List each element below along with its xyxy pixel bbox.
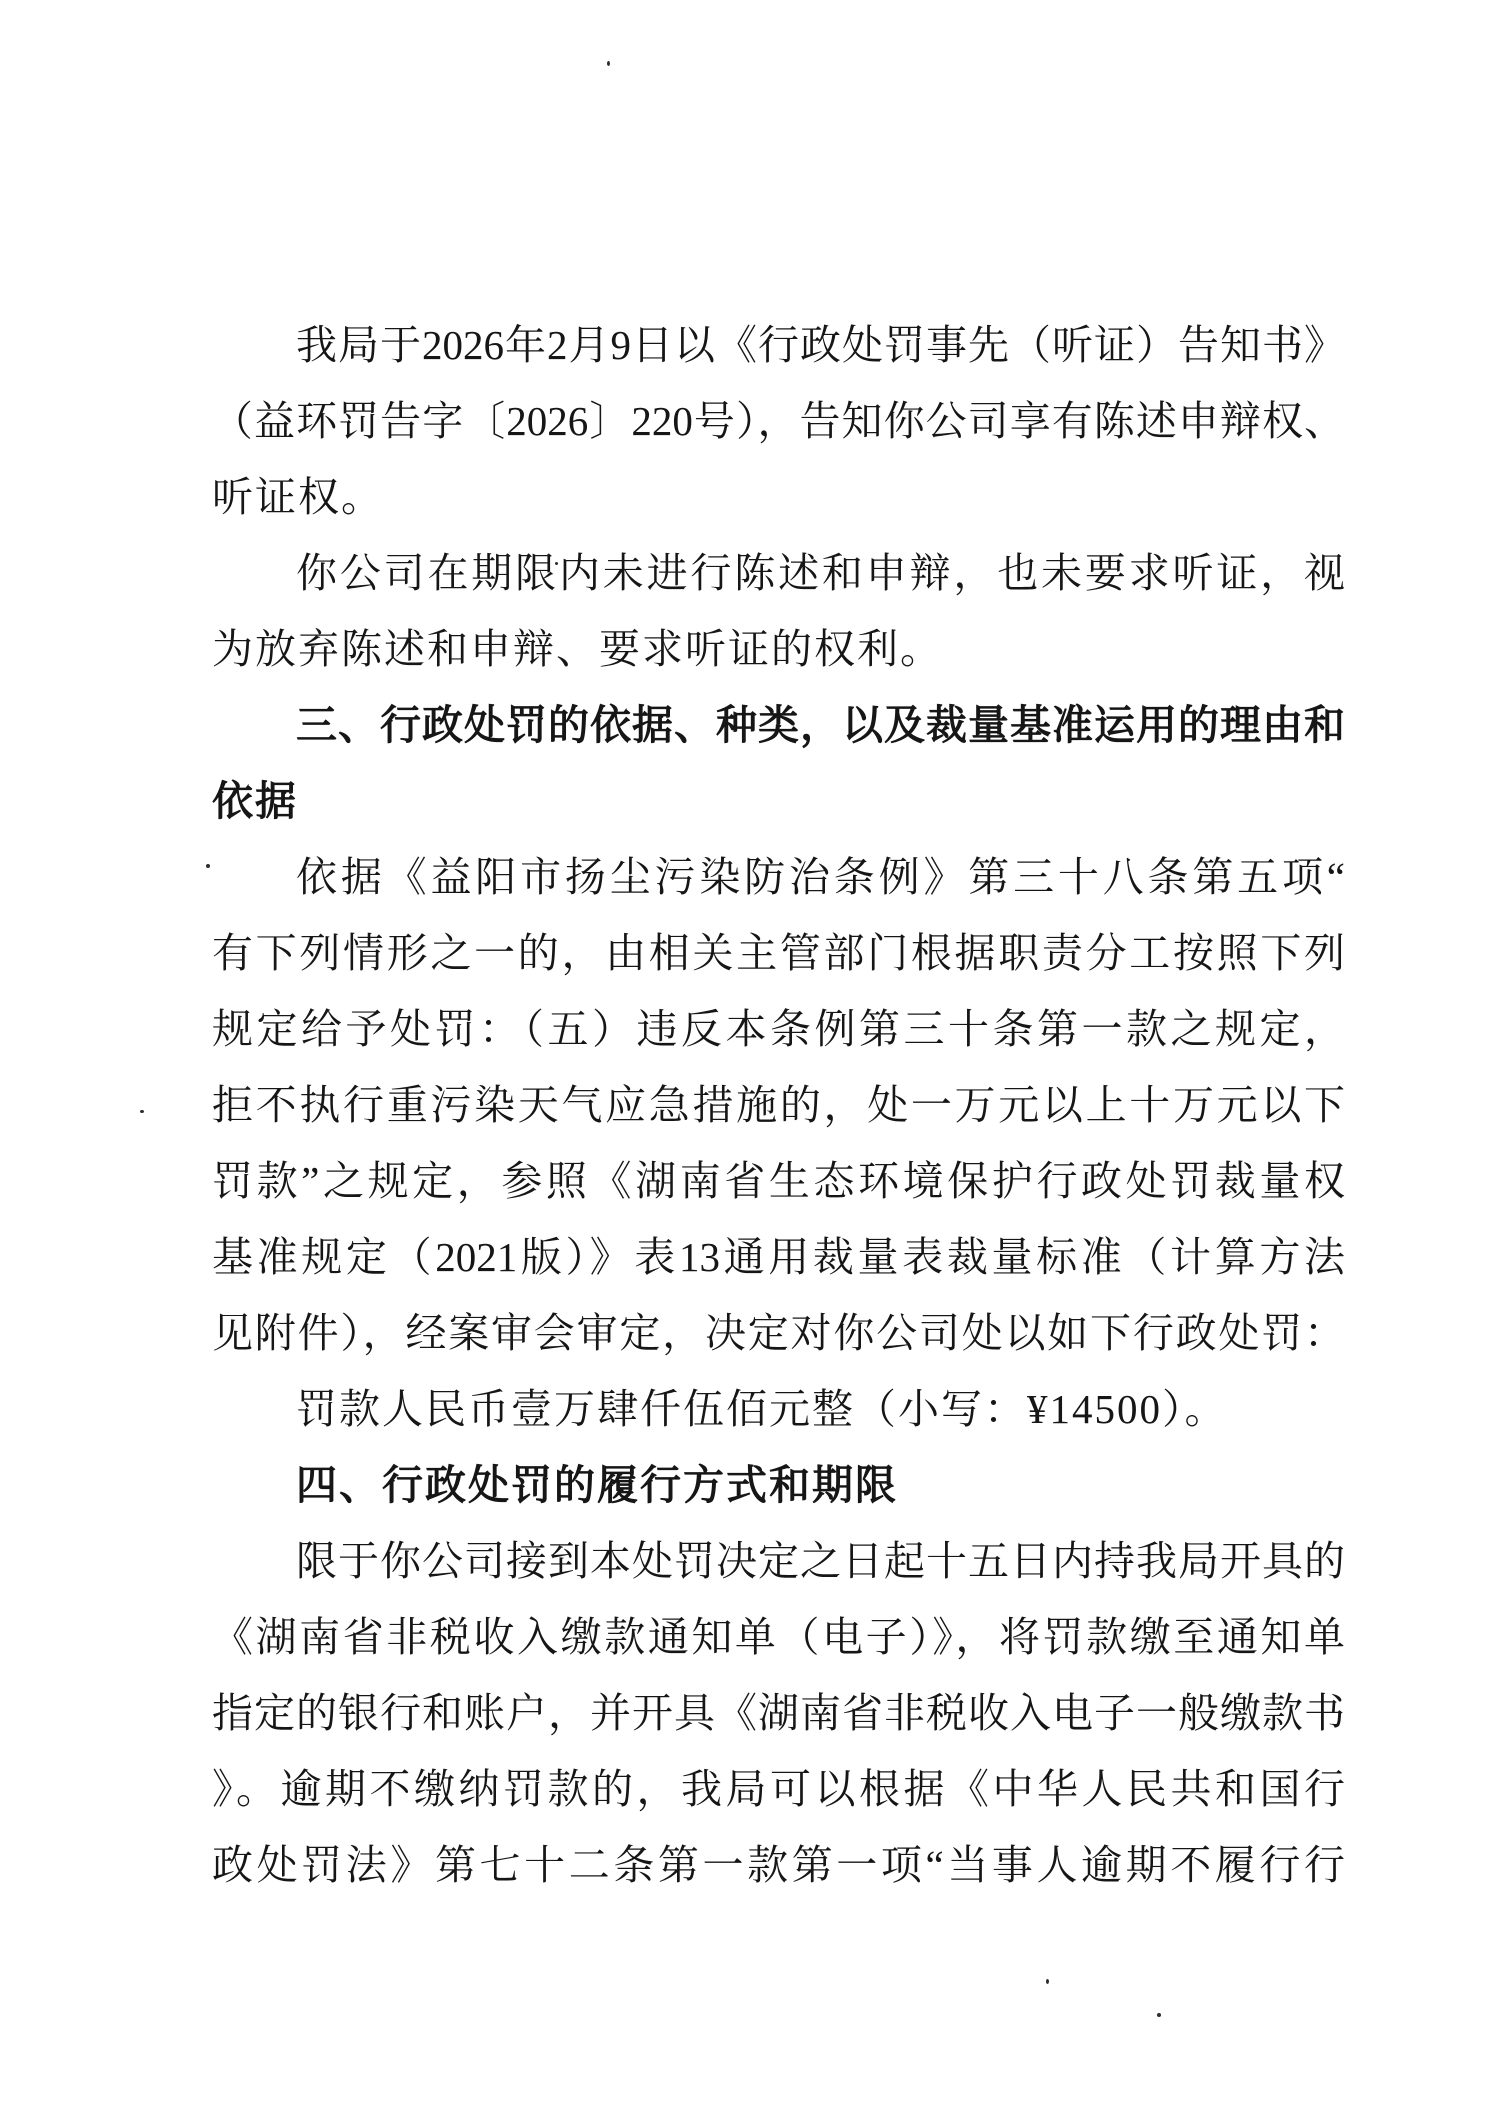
section-heading-3-line-1: 三、行政处罚的依据、种类，以及裁量基准运用的理由和: [212, 687, 1345, 763]
document-line-13: 基准规定（2021版）》表13通用裁量表裁量标准（计算方法: [212, 1219, 1345, 1295]
scan-speck: [1157, 2013, 1161, 2017]
scan-speck: [607, 61, 610, 66]
document-line-4: 你公司在期限内未进行陈述和申辩，也未要求听证，视: [212, 535, 1345, 611]
document-line-19: 指定的银行和账户，并开具《湖南省非税收入电子一般缴款书: [212, 1675, 1345, 1751]
document-body: 我局于2026年2月9日以《行政处罚事先（听证）告知书》 （益环罚告字〔2026…: [212, 307, 1345, 1903]
document-line-1: 我局于2026年2月9日以《行政处罚事先（听证）告知书》: [212, 307, 1345, 383]
document-line-14: 见附件），经案审会审定，决定对你公司处以如下行政处罚：: [212, 1295, 1345, 1371]
document-line-10: 规定给予处罚：（五）违反本条例第三十条第一款之规定，: [212, 991, 1345, 1067]
section-heading-3-line-2: 依据: [212, 763, 1345, 839]
document-line-21: 政处罚法》第七十二条第一款第一项“当事人逾期不履行行: [212, 1827, 1345, 1903]
section-heading-4: 四、行政处罚的履行方式和期限: [212, 1447, 1345, 1523]
document-line-3: 听证权。: [212, 459, 1345, 535]
document-line-20: 》。逾期不缴纳罚款的，我局可以根据《中华人民共和国行: [212, 1751, 1345, 1827]
penalty-amount-line: 罚款人民币壹万肆仟伍佰元整（小写：¥14500）。: [212, 1371, 1345, 1447]
document-line-8: 依据《益阳市扬尘污染防治条例》第三十八条第五项“: [212, 839, 1345, 915]
document-line-5: 为放弃陈述和申辩、要求听证的权利。: [212, 611, 1345, 687]
scan-speck: [1046, 1979, 1049, 1984]
document-line-18: 《湖南省非税收入缴款通知单（电子）》，将罚款缴至通知单: [212, 1599, 1345, 1675]
document-line-9: 有下列情形之一的，由相关主管部门根据职责分工按照下列: [212, 915, 1345, 991]
document-line-12: 罚款”之规定，参照《湖南省生态环境保护行政处罚裁量权: [212, 1143, 1345, 1219]
document-line-17: 限于你公司接到本处罚决定之日起十五日内持我局开具的: [212, 1523, 1345, 1599]
document-line-11: 拒不执行重污染天气应急措施的，处一万元以上十万元以下: [212, 1067, 1345, 1143]
scan-speck: [140, 1110, 144, 1113]
document-page: 我局于2026年2月9日以《行政处罚事先（听证）告知书》 （益环罚告字〔2026…: [0, 0, 1490, 2104]
scan-speck: [206, 864, 210, 868]
document-line-2: （益环罚告字〔2026〕220号），告知你公司享有陈述申辩权、: [212, 383, 1345, 459]
